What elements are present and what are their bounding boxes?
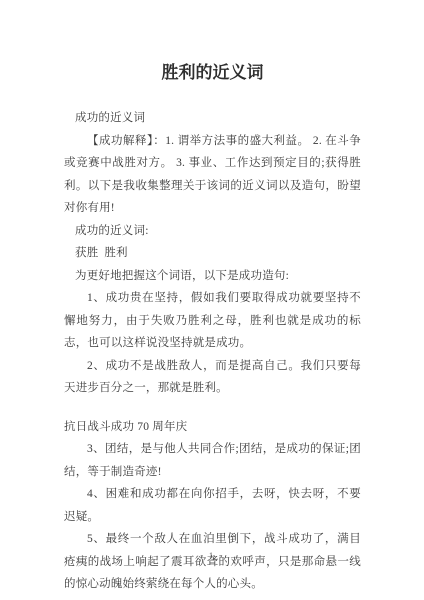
document-content: 胜利的近义词 成功的近义词 【成功解释】：1. 谓举方法事的盛大利益。 2. 在… — [64, 60, 361, 596]
doc-paragraph: 成功的近义词 — [64, 107, 361, 130]
page-title: 胜利的近义词 — [64, 60, 361, 86]
page-number: - 1 - — [0, 551, 424, 560]
doc-paragraph: 成功的近义词: — [64, 220, 361, 243]
doc-paragraph: 为更好地把握这个词语，以下是成功造句: — [64, 265, 361, 288]
document-page: 胜利的近义词 成功的近义词 【成功解释】：1. 谓举方法事的盛大利益。 2. 在… — [0, 0, 424, 600]
doc-paragraph: 1、成功贵在坚持，假如我们要取得成功就要坚持不懈地努力，由于失败乃胜利之母，胜利… — [64, 287, 361, 355]
doc-paragraph: 获胜 胜利 — [64, 242, 361, 265]
doc-paragraph: 5、最终一个敌人在血泊里倒下，战斗成功了，满目疮痍的战场上响起了震耳欲聋的欢呼声… — [64, 528, 361, 596]
doc-paragraph: 抗日战斗成功 70 周年庆 — [64, 416, 361, 439]
doc-paragraph: 4、困难和成功都在向你招手，去呀，快去呀，不要迟疑。 — [64, 483, 361, 528]
doc-paragraph: 【成功解释】：1. 谓举方法事的盛大利益。 2. 在斗争或竞赛中战胜对方。 3.… — [64, 130, 361, 220]
doc-paragraph: 3、团结，是与他人共同合作;团结，是成功的保证;团结，等于制造奇迹! — [64, 438, 361, 483]
doc-paragraph: 2、成功不是战胜敌人，而是提高自己。我们只要每天进步百分之一，那就是胜利。 — [64, 355, 361, 400]
